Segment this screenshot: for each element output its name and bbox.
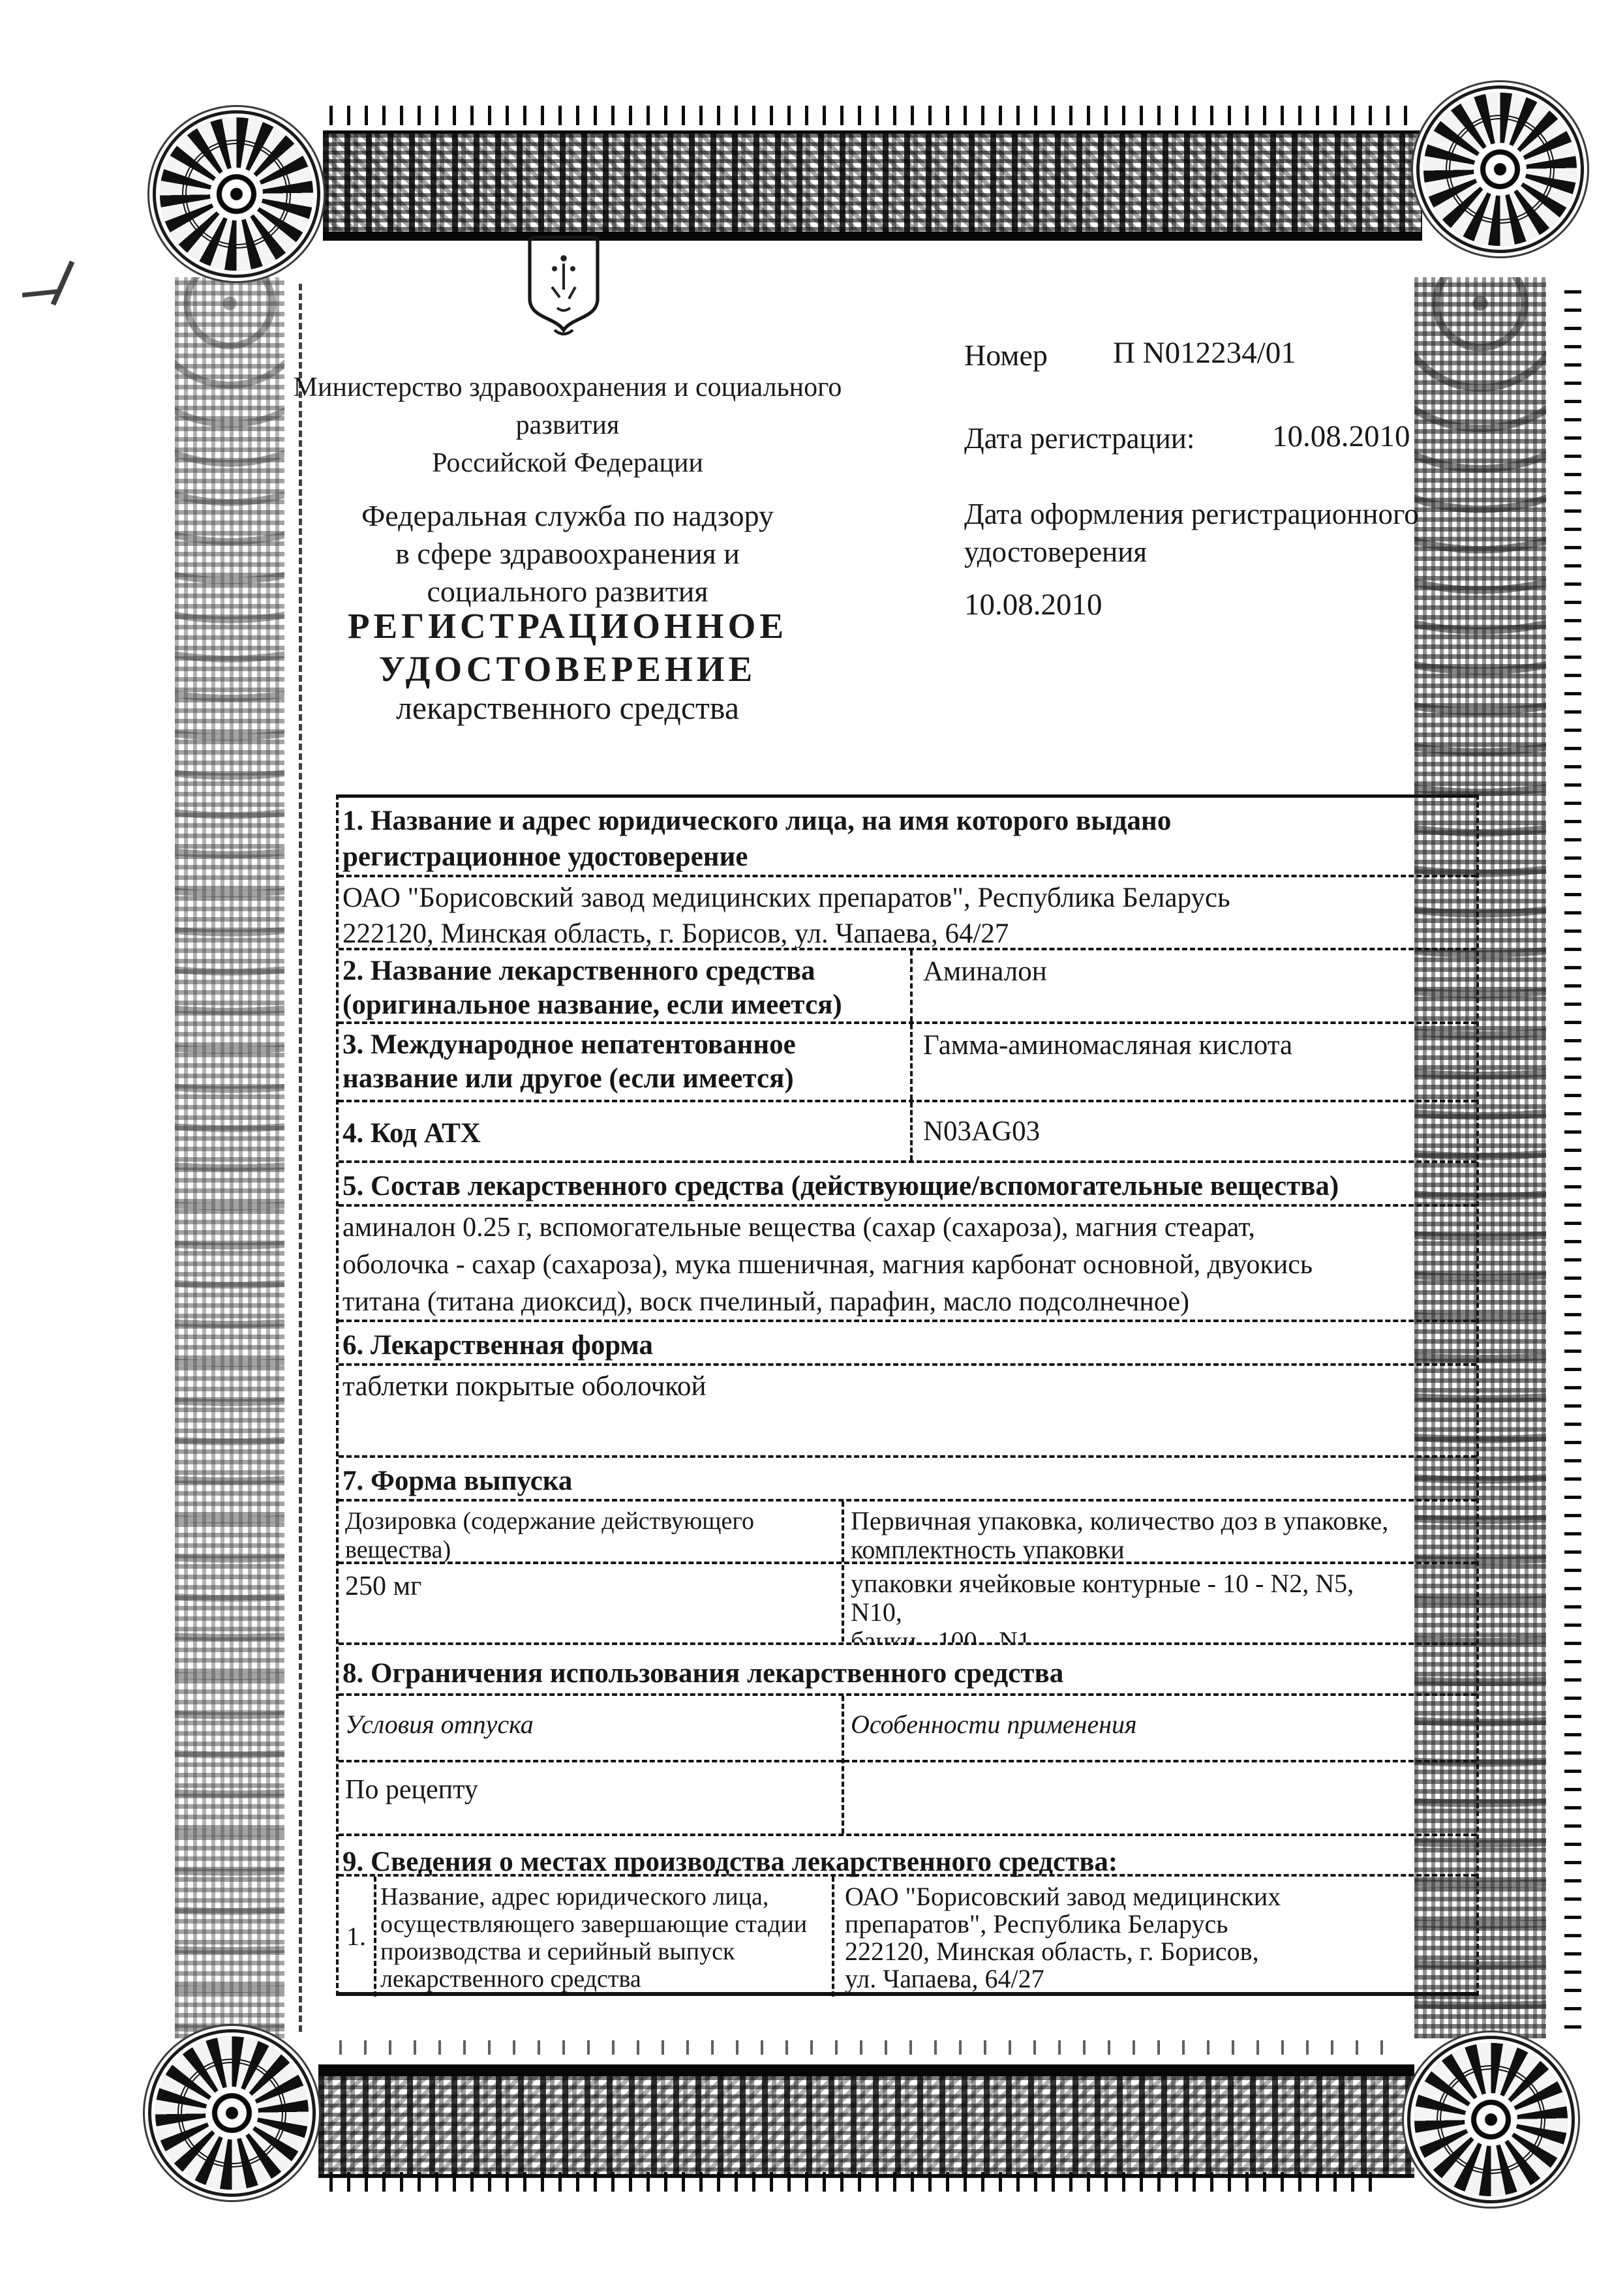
- section9-value-line2: препаратов", Республика Беларусь: [845, 1911, 1476, 1938]
- frame-bottom-band: [318, 2064, 1414, 2178]
- section9-value-line4: ул. Чапаева, 64/27: [845, 1965, 1476, 1993]
- section9-label-line1: Название, адрес юридического лица,: [380, 1883, 827, 1911]
- section9-row-number: 1.: [339, 1877, 376, 1997]
- section7-col1-header: Дозировка (содержание действующего вещес…: [339, 1502, 842, 1564]
- corner-rosette-bottom-right: [1414, 2043, 1568, 2196]
- section9-label: Название, адрес юридического лица, осуще…: [376, 1877, 834, 1997]
- section2-value: Аминалон: [913, 950, 1476, 1021]
- section1-value-line2: 222120, Минская область, г. Борисов, ул.…: [342, 916, 1472, 950]
- section3-label-line2: название или другое (если имеется): [342, 1062, 905, 1096]
- table-row-section8: 8. Ограничения использования лекарственн…: [339, 1645, 1476, 1836]
- section7-col2-value: упаковки ячейковые контурные - 10 - N2, …: [844, 1564, 1476, 1645]
- frame-top-ticks: [329, 106, 1416, 125]
- number-label: Номер: [964, 338, 1048, 372]
- section7-col2-value-line3: банки - 100 - N1: [851, 1627, 1472, 1645]
- section9-label-line2: осуществляющего завершающие стадии: [380, 1911, 827, 1938]
- section1-title-line2: регистрационное удостоверение: [342, 839, 1472, 875]
- federal-service-line2: в сфере здравоохранения и: [281, 536, 855, 571]
- federal-service-line1: Федеральная служба по надзору: [281, 498, 855, 533]
- table-row-section4: 4. Код АТХ N03AG03: [339, 1102, 1476, 1163]
- table-row-section3: 3. Международное непатентованное названи…: [339, 1024, 1476, 1102]
- table-row-section9: 9. Сведения о местах производства лекарс…: [339, 1836, 1476, 1999]
- coat-of-arms-icon: [526, 235, 601, 340]
- ministry-name-line1: Министерство здравоохранения и социально…: [281, 372, 855, 403]
- section9-value-line3: 222120, Минская область, г. Борисов,: [845, 1938, 1476, 1965]
- section8-col2-header: Особенности применения: [844, 1696, 1476, 1762]
- corner-rosette-bottom-left: [155, 2036, 309, 2190]
- section7-col2-header-line2: комплектность упаковки: [851, 1535, 1472, 1564]
- section1-value-line1: ОАО "Борисовский завод медицинских препа…: [342, 880, 1472, 916]
- certificate-table: 1. Название и адрес юридического лица, н…: [336, 794, 1479, 1996]
- section1-title: 1. Название и адрес юридического лица, н…: [339, 798, 1476, 877]
- section5-title: 5. Состав лекарственного средства (дейст…: [339, 1163, 1476, 1207]
- registration-date-value: 10.08.2010: [1272, 419, 1410, 454]
- section3-label: 3. Международное непатентованное названи…: [339, 1024, 913, 1100]
- registration-date-label: Дата регистрации:: [964, 421, 1194, 455]
- section6-value: таблетки покрытые оболочкой: [339, 1366, 1476, 1404]
- section2-label-line2: (оригинальное название, если имеется): [342, 988, 905, 1022]
- section7-title: 7. Форма выпуска: [339, 1458, 1476, 1502]
- section4-value: N03AG03: [913, 1102, 1476, 1160]
- section6-title: 6. Лекарственная форма: [339, 1322, 1476, 1366]
- pencil-mark: [51, 260, 75, 305]
- section2-label-line1: 2. Название лекарственного средства: [342, 954, 905, 988]
- section2-label: 2. Название лекарственного средства (ори…: [339, 950, 913, 1021]
- frame-right-ticks: [1564, 284, 1581, 2029]
- federal-service-line3: социального развития: [281, 574, 855, 609]
- section8-title: 8. Ограничения использования лекарственн…: [339, 1645, 1476, 1696]
- section5-value: аминалон 0.25 г, вспомогательные веществ…: [339, 1207, 1476, 1321]
- section7-col2-header-line1: Первичная упаковка, количество доз в упа…: [851, 1507, 1472, 1535]
- scanned-certificate-page: Министерство здравоохранения и социально…: [0, 0, 1597, 2296]
- section7-col2-value-line1: упаковки ячейковые контурные - 10 - N2, …: [851, 1569, 1472, 1598]
- frame-left-band: [175, 277, 284, 2038]
- section5-value-line1: аминалон 0.25 г, вспомогательные веществ…: [342, 1209, 1472, 1246]
- document-title-line3: лекарственного средства: [281, 689, 855, 727]
- section7-col2-header: Первичная упаковка, количество доз в упа…: [844, 1502, 1476, 1564]
- section9-label-line3: производства и серийный выпуск: [380, 1938, 827, 1965]
- frame-bottom-ticks: [329, 2172, 1386, 2192]
- issue-date-label-line1: Дата оформления регистрационного: [964, 497, 1419, 531]
- ministry-name-line2: развития: [281, 410, 855, 441]
- section3-value: Гамма-аминомасляная кислота: [913, 1024, 1476, 1100]
- issue-date-value: 10.08.2010: [964, 587, 1103, 622]
- section5-value-line2: оболочка - сахар (сахароза), мука пшенич…: [342, 1246, 1472, 1284]
- table-row-section2: 2. Название лекарственного средства (ори…: [339, 950, 1476, 1024]
- section1-title-line1: 1. Название и адрес юридического лица, н…: [342, 803, 1472, 839]
- section1-value: ОАО "Борисовский завод медицинских препа…: [339, 877, 1476, 950]
- frame-bottom-sparse-ticks: [339, 2040, 1383, 2055]
- section4-label: 4. Код АТХ: [339, 1102, 913, 1160]
- table-row-section1: 1. Название и адрес юридического лица, н…: [339, 798, 1476, 950]
- table-row-section7: 7. Форма выпуска Дозировка (содержание д…: [339, 1458, 1476, 1645]
- section9-label-line4: лекарственного средства: [380, 1965, 827, 1993]
- number-value: П N012234/01: [1113, 335, 1296, 370]
- frame-top-band: [323, 130, 1422, 241]
- table-row-section6: 6. Лекарственная форма таблетки покрытые…: [339, 1322, 1476, 1458]
- table-row-section5: 5. Состав лекарственного средства (дейст…: [339, 1163, 1476, 1322]
- document-title-line2: УДОСТОВЕРЕНИЕ: [281, 648, 855, 689]
- corner-rosette-top-left: [160, 117, 313, 271]
- document-title-line1: РЕГИСТРАЦИОННОЕ: [281, 605, 855, 646]
- section8-col2-value: [844, 1762, 1476, 1834]
- section9-value: ОАО "Борисовский завод медицинских препа…: [834, 1877, 1476, 1997]
- section8-col1-header: Условия отпуска: [339, 1696, 842, 1762]
- section5-value-line3: титана (титана диоксид), воск пчелиный, …: [342, 1284, 1472, 1321]
- issue-date-label-line2: удостоверения: [964, 535, 1147, 569]
- section9-title: 9. Сведения о местах производства лекарс…: [339, 1836, 1476, 1877]
- ministry-name-line3: Российской Федерации: [281, 447, 855, 479]
- corner-rosette-top-right: [1423, 93, 1577, 246]
- section8-col1-value: По рецепту: [339, 1762, 842, 1834]
- section3-label-line1: 3. Международное непатентованное: [342, 1028, 905, 1062]
- section7-col2-value-line2: N10,: [851, 1598, 1472, 1627]
- section9-value-line1: ОАО "Борисовский завод медицинских: [845, 1883, 1476, 1911]
- section7-col1-value: 250 мг: [339, 1564, 842, 1645]
